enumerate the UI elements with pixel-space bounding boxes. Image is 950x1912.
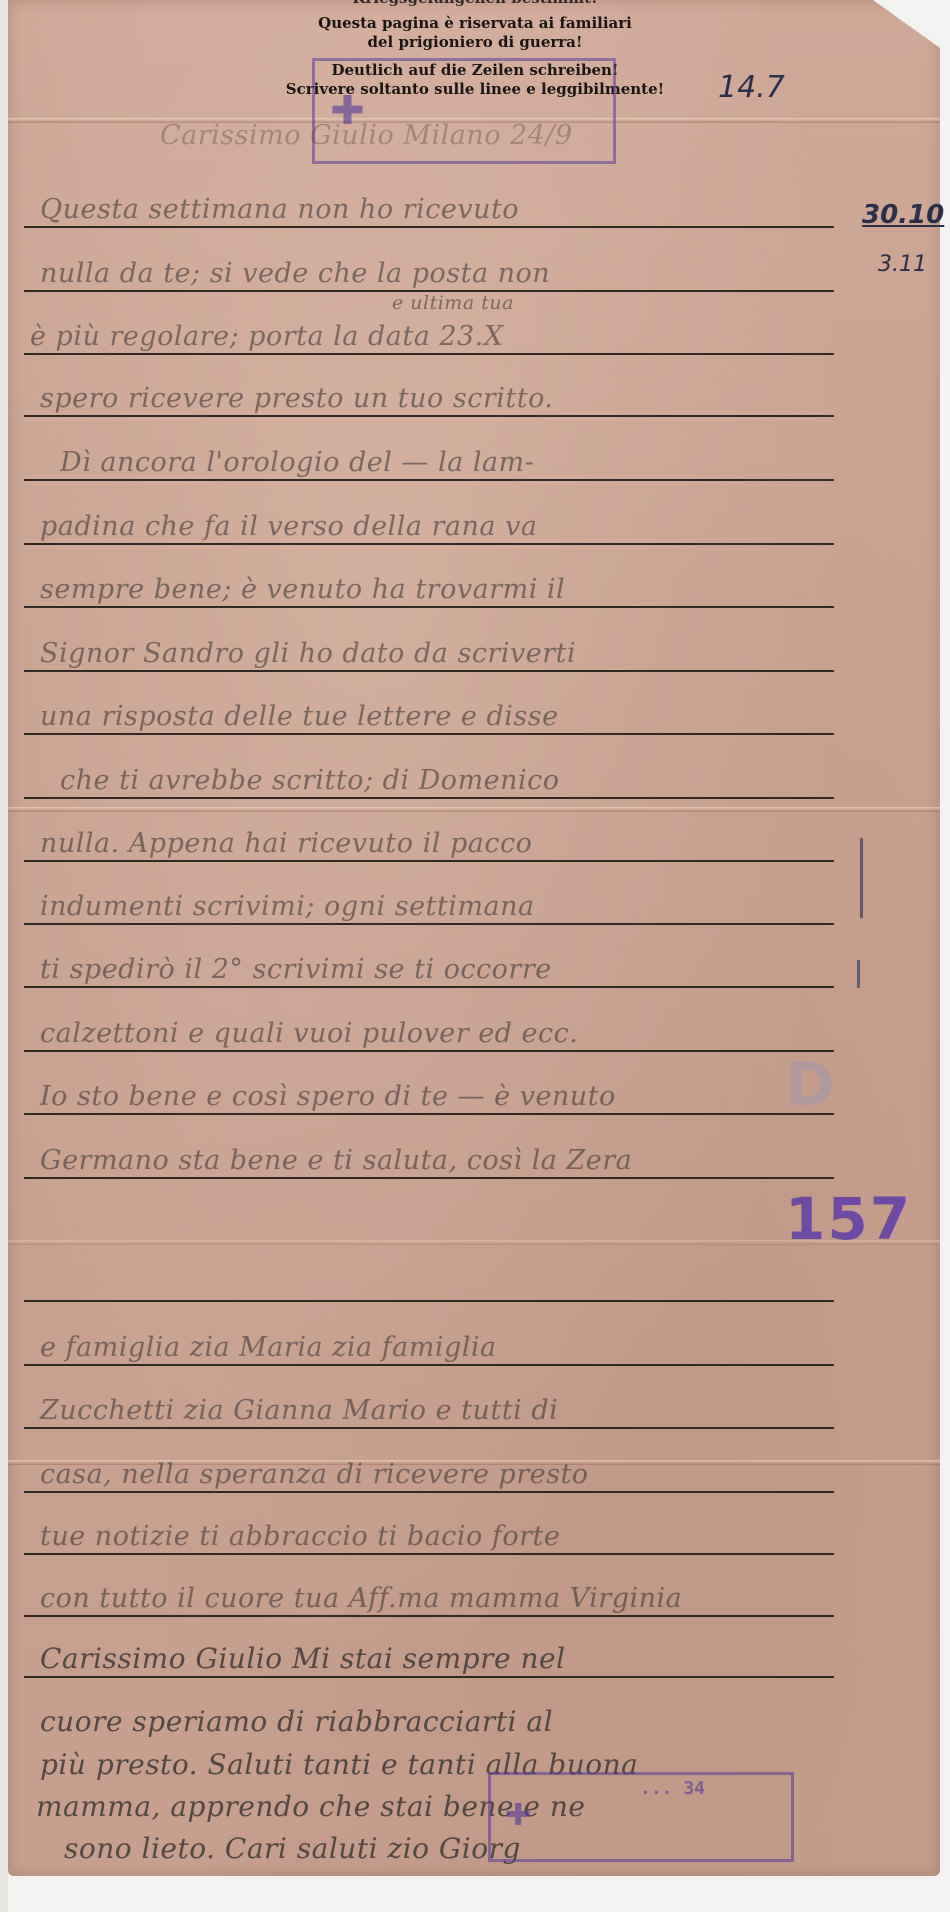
margin-mark	[860, 838, 863, 918]
ruled-line	[24, 670, 834, 672]
margin-mark	[857, 960, 860, 988]
interlinear-insert: e ultima tua	[392, 292, 514, 314]
handwritten-line: calzettoni e quali vuoi pulover ed ecc.	[40, 1018, 578, 1049]
handwritten-line: padina che fa il verso della rana va	[40, 511, 537, 542]
annotation-date-2: 3.11	[878, 252, 927, 277]
ruled-line	[24, 733, 834, 735]
postscript-line: cuore speriamo di riabbracciarti al	[40, 1705, 553, 1738]
ruled-line	[24, 1364, 834, 1366]
ruled-line	[24, 1491, 834, 1493]
ruled-line	[24, 1615, 834, 1617]
ruled-line	[24, 1050, 834, 1052]
handwritten-line: che ti avrebbe scritto; di Domenico	[60, 765, 560, 796]
ruled-line	[24, 415, 834, 417]
annotation-date-1: 30.10	[862, 200, 944, 230]
faint-stamp-letter: D	[785, 1050, 835, 1120]
ruled-line	[24, 986, 834, 988]
handwritten-line: indumenti scrivimi; ogni settimana	[40, 891, 535, 922]
ruled-line	[24, 1300, 834, 1302]
postscript-line: sono lieto. Cari saluti zio Giorg	[64, 1832, 521, 1865]
censor-stamp-date: ... 34	[640, 1778, 705, 1799]
header-line-2: del prigioniero di guerra!	[0, 33, 950, 52]
ruled-line	[24, 606, 834, 608]
stamp-number: 157	[785, 1185, 912, 1253]
handwritten-line: Io sto bene e così spero di te — è venut…	[40, 1081, 616, 1112]
header-line-1: Questa pagina è riservata ai familiari	[0, 14, 950, 33]
header-line-0: Kriegsgefangenen bestimmt!	[0, 0, 950, 8]
fold-crease	[8, 807, 940, 812]
handwritten-line: Dì ancora l'orologio del — la lam-	[60, 447, 534, 478]
letter-salutation: Carissimo Giulio Milano 24/9	[160, 120, 573, 151]
ruled-line	[24, 1113, 834, 1115]
handwritten-line: sempre bene; è venuto ha trovarmi il	[40, 574, 565, 605]
ruled-line	[24, 1177, 834, 1179]
postscript-line: Carissimo Giulio Mi stai sempre nel	[40, 1642, 566, 1675]
handwritten-line: una risposta delle tue lettere e disse	[40, 701, 559, 732]
handwritten-line: e famiglia zia Maria zia famiglia	[40, 1332, 497, 1363]
handwritten-line: Questa settimana non ho ricevuto	[40, 194, 519, 225]
scan-background-edge	[0, 0, 8, 1912]
handwritten-line: ti spedirò il 2° scrivimi se ti occorre	[40, 954, 552, 985]
annotation-top-number: 14.7	[718, 70, 785, 105]
ruled-line	[24, 860, 834, 862]
censor-stamp-cross-icon: ✚	[505, 1785, 532, 1836]
ruled-line	[24, 1553, 834, 1555]
handwritten-line: è più regolare; porta la data 23.X	[30, 321, 504, 352]
handwritten-line: casa, nella speranza di ricevere presto	[40, 1459, 589, 1490]
handwritten-line: tue notizie ti abbraccio ti bacio forte	[40, 1521, 560, 1552]
handwritten-line: Germano sta bene e ti saluta, così la Ze…	[40, 1145, 632, 1176]
ruled-line	[24, 1676, 834, 1678]
ruled-line	[24, 226, 834, 228]
ruled-line	[24, 479, 834, 481]
ruled-line	[24, 1427, 834, 1429]
handwritten-line: nulla da te; si vede che la posta non	[40, 258, 550, 289]
handwritten-line: nulla. Appena hai ricevuto il pacco	[40, 828, 532, 859]
handwritten-line: Signor Sandro gli ho dato da scriverti	[40, 638, 576, 669]
ruled-line	[24, 353, 834, 355]
handwritten-line: con tutto il cuore tua Aff.ma mamma Virg…	[40, 1583, 682, 1614]
ruled-line	[24, 797, 834, 799]
ruled-line	[24, 923, 834, 925]
ruled-line	[24, 543, 834, 545]
handwritten-line: spero ricevere presto un tuo scritto.	[40, 383, 553, 414]
handwritten-line: Zucchetti zia Gianna Mario e tutti di	[40, 1395, 558, 1426]
